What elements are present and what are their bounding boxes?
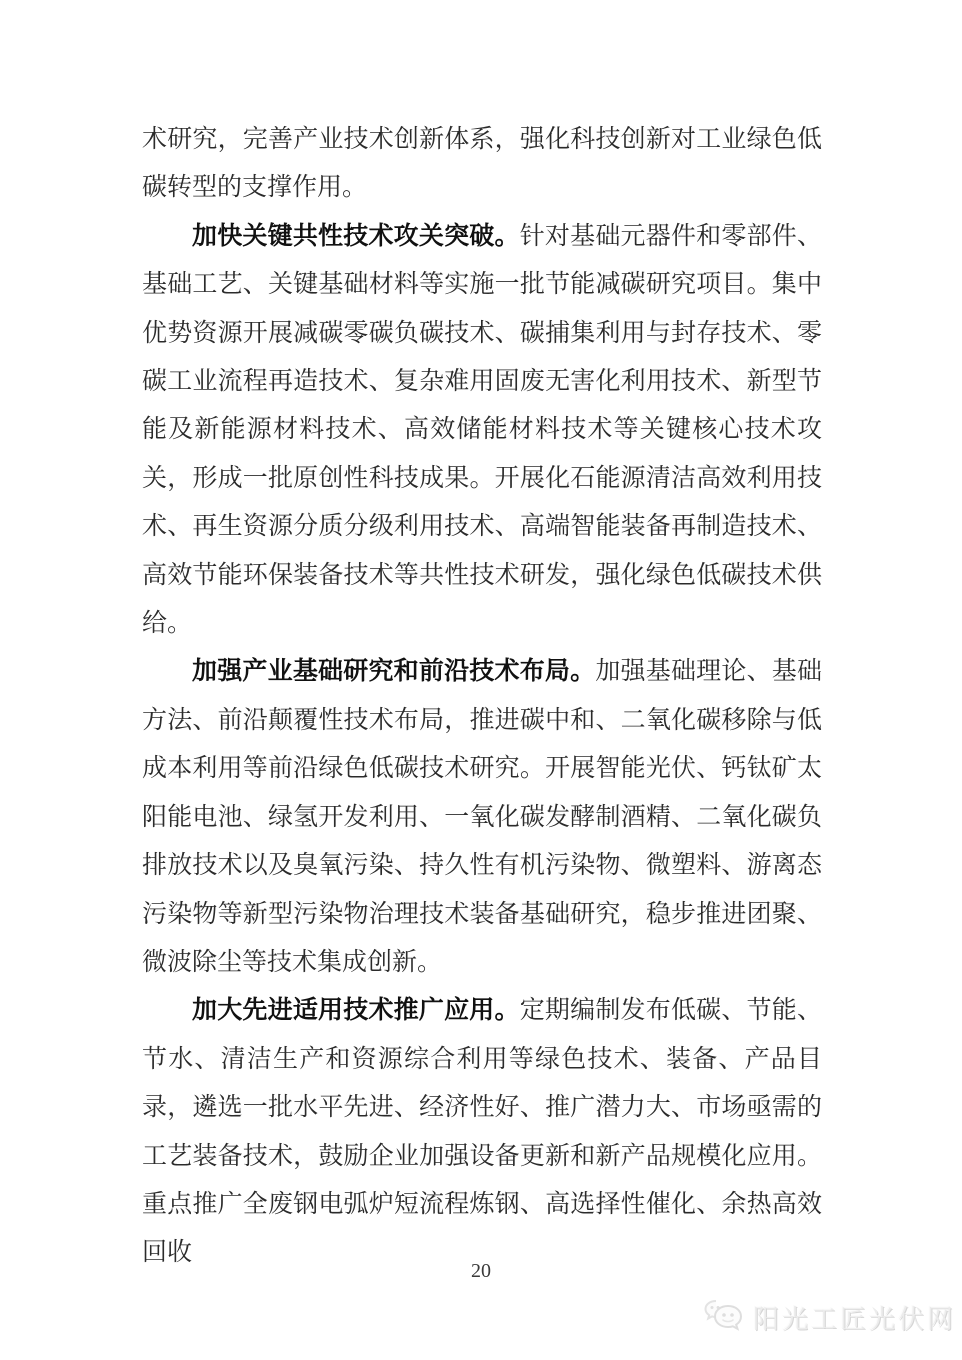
paragraph: 术研究，完善产业技术创新体系，强化科技创新对工业绿色低碳转型的支撑作用。 (142, 116, 822, 213)
page-body: 术研究，完善产业技术创新体系，强化科技创新对工业绿色低碳转型的支撑作用。加快关键… (142, 116, 822, 1278)
paragraph: 加强产业基础研究和前沿技术布局。加强基础理论、基础方法、前沿颠覆性技术布局，推进… (142, 648, 822, 987)
paragraph: 加快关键共性技术攻关突破。针对基础元器件和零部件、基础工艺、关键基础材料等实施一… (142, 213, 822, 649)
watermark-text: 阳光工匠光伏网 (753, 1299, 956, 1336)
paragraph-text: 针对基础元器件和零部件、基础工艺、关键基础材料等实施一批节能减碳研究项目。集中优… (142, 223, 822, 637)
wechat-icon (702, 1297, 744, 1337)
paragraph-text: 术研究，完善产业技术创新体系，强化科技创新对工业绿色低碳转型的支撑作用。 (142, 126, 822, 201)
document-page: 术研究，完善产业技术创新体系，强化科技创新对工业绿色低碳转型的支撑作用。加快关键… (0, 0, 962, 1360)
page-number: 20 (0, 1260, 962, 1283)
paragraph-lead: 加大先进适用技术推广应用。 (192, 997, 520, 1024)
paragraph-text: 加强基础理论、基础方法、前沿颠覆性技术布局，推进碳中和、二氧化碳移除与低成本利用… (142, 658, 822, 975)
paragraph-lead: 加强产业基础研究和前沿技术布局。 (192, 658, 595, 685)
paragraph-text: 定期编制发布低碳、节能、节水、清洁生产和资源综合利用等绿色技术、装备、产品目录，… (142, 997, 822, 1266)
paragraph: 加大先进适用技术推广应用。定期编制发布低碳、节能、节水、清洁生产和资源综合利用等… (142, 987, 822, 1277)
paragraph-lead: 加快关键共性技术攻关突破。 (192, 223, 520, 250)
watermark: 阳光工匠光伏网 (702, 1297, 956, 1337)
